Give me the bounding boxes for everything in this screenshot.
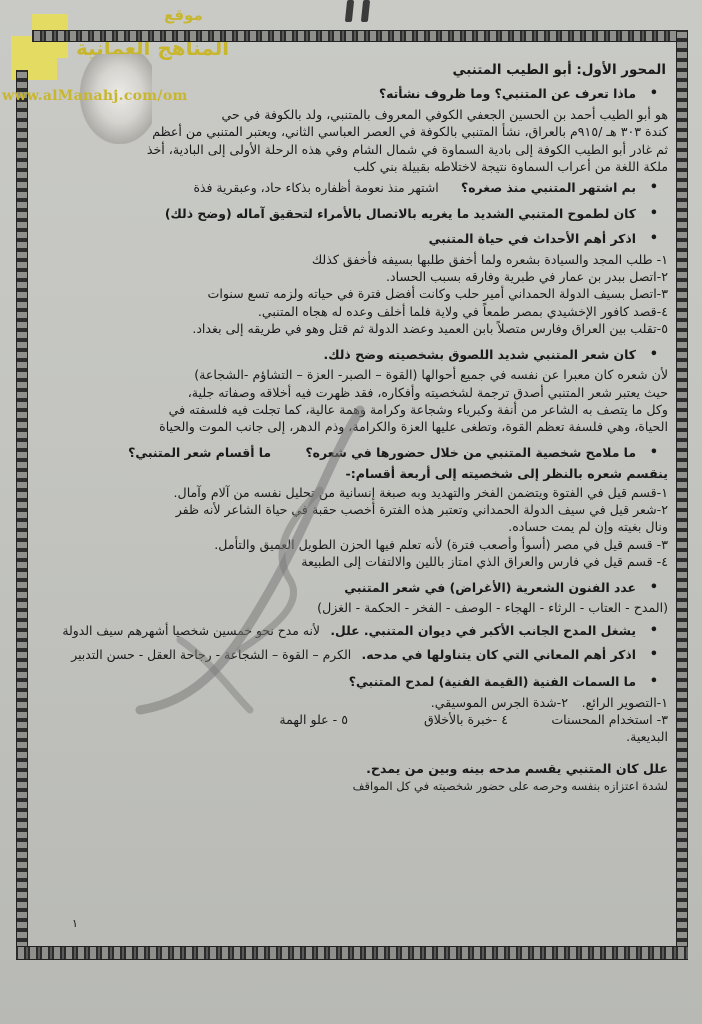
division-2-cont: ونال بغيته وإن لم يمت حساده. [40,518,668,535]
event-1: ١- طلب المجد والسيادة بشعره ولما أخفق طل… [40,251,668,268]
division-1: ١-قسم قيل في الفتوة ويتضمن الفخر والتهدي… [40,484,668,501]
division-2: ٢-شعر قيل في سيف الدولة الحمداني وتعتبر … [40,501,668,518]
document-frame: المحور الأول: أبو الطيب المتنبي ماذا تعر… [16,30,688,960]
trait-2: ٢-شدة الجرس الموسيقي. [431,694,568,711]
event-5: ٥-تقلب بين العراق وفارس متصلاً بابن العم… [40,320,668,337]
traits-row-2: ٣- استخدام المحسنات البديعية. ٤ -خبرة با… [40,711,668,746]
question-9: اذكر أهم المعاني التي كان يتناولها في مد… [40,646,636,663]
question-9-text: اذكر أهم المعاني التي كان يتناولها في مد… [362,647,636,662]
answer-11: لشدة اعتزازه بنفسه وحرصه على حضور شخصيته… [40,778,668,795]
watermark-url: www.alManahj.com/om [2,88,188,104]
question-8-text: يشغل المدح الجانب الأكبر في ديوان المتنب… [330,623,636,638]
event-4: ٤-قصد كافور الإخشيدي بمصر طمعاً في ولاية… [40,303,668,320]
trait-3: ٣- استخدام المحسنات البديعية. [508,711,668,746]
answer-5-line-4: الحياة، وهي فلسفة تعظم القوة، وتطغى عليه… [40,418,668,435]
event-3: ٣-اتصل بسيف الدولة الحمداني أمير حلب وكا… [40,285,668,302]
question-8: يشغل المدح الجانب الأكبر في ديوان المتنب… [40,622,636,639]
question-7: عدد الفنون الشعرية (الأغراض) في شعر المت… [40,579,636,596]
question-2: بم اشتهر المتنبي منذ صغره؟ اشتهر منذ نعو… [40,179,636,196]
answer-8: لأنه مدح نحو خمسين شخصيا أشهرهم سيف الدو… [62,623,320,638]
trait-1: ١-التصوير الرائع. [568,694,668,711]
division-4: ٤- قسم قيل في فارس والعراق الذي امتاز با… [40,553,668,570]
divisions-intro: ينقسم شعره بالنظر إلى شخصيته إلى أربعة أ… [40,465,668,482]
ornamental-border-right [676,30,688,960]
traits-row-1: ١-التصوير الرائع. ٢-شدة الجرس الموسيقي. [40,694,668,711]
question-4: اذكر أهم الأحداث في حياة المتنبي [40,230,636,247]
ornamental-border-top [32,30,688,42]
answer-5-line-1: لأن شعره كان معبرا عن نفسه في جميع أحوال… [40,366,668,383]
answer-1-line-3: ثم غادر أبو الطيب الكوفة إلى بادية السما… [40,141,668,158]
answer-2: اشتهر منذ نعومة أظفاره بذكاء حاد، وعبقري… [194,180,439,195]
question-3: كان لطموح المتنبي الشديد ما يغريه بالاتص… [40,205,636,222]
question-6-text: ما ملامح شخصية المتنبي من خلال حضورها في… [305,445,636,460]
trait-4: ٤ -خبرة بالأخلاق [348,711,508,746]
question-6b-text: ما أقسام شعر المتنبي؟ [128,445,271,460]
question-6: ما ملامح شخصية المتنبي من خلال حضورها في… [40,444,636,461]
answer-5-line-3: وكل ما يتصف به الشاعر من أنفة وكبرياء وش… [40,401,668,418]
answer-9: الكرم – القوة – الشجاعة - رجاحة العقل - … [71,647,351,662]
page-title: المحور الأول: أبو الطيب المتنبي [40,62,666,79]
answer-7: (المدح - العتاب - الرثاء - الهجاء - الوص… [40,599,668,616]
event-2: ٢-اتصل ببدر بن عمار في طبرية وفارقه بسبب… [40,268,668,285]
question-11: علل كان المتنبي يقسم مدحه بينه وبين من ي… [40,760,668,777]
trait-5: ٥ - علو الهمة [279,711,348,746]
ornamental-border-bottom [16,946,688,960]
document-content: المحور الأول: أبو الطيب المتنبي ماذا تعر… [40,44,672,940]
ornamental-border-left [16,70,28,960]
division-3: ٣- قسم قيل في مصر (أسوأ وأصعب فترة) لأنه… [40,536,668,553]
question-2-text: بم اشتهر المتنبي منذ صغره؟ [461,180,636,195]
answer-5-line-2: حيث يعتبر شعر المتنبي أصدق ترجمة لشخصيته… [40,384,668,401]
watermark-site-label: موقع [164,6,203,24]
question-5: كان شعر المتنبي شديد اللصوق بشخصيته وضح … [40,346,636,363]
answer-1-line-2: كندة ٣٠٣ هـ /٩١٥م بالعراق، نشأ المتنبي ب… [40,123,668,140]
question-10: ما السمات الفنية (القيمة الفنية) لمدح ال… [40,673,636,690]
stamp-mark-icon [338,0,378,26]
page-number: ١ [72,917,78,930]
answer-1-line-4: ملكة اللغة من أعراب السماوة نتيجة لاختلا… [40,158,668,175]
answer-1-line-1: هو أبو الطيب أحمد بن الحسين الجعفي الكوف… [40,106,668,123]
